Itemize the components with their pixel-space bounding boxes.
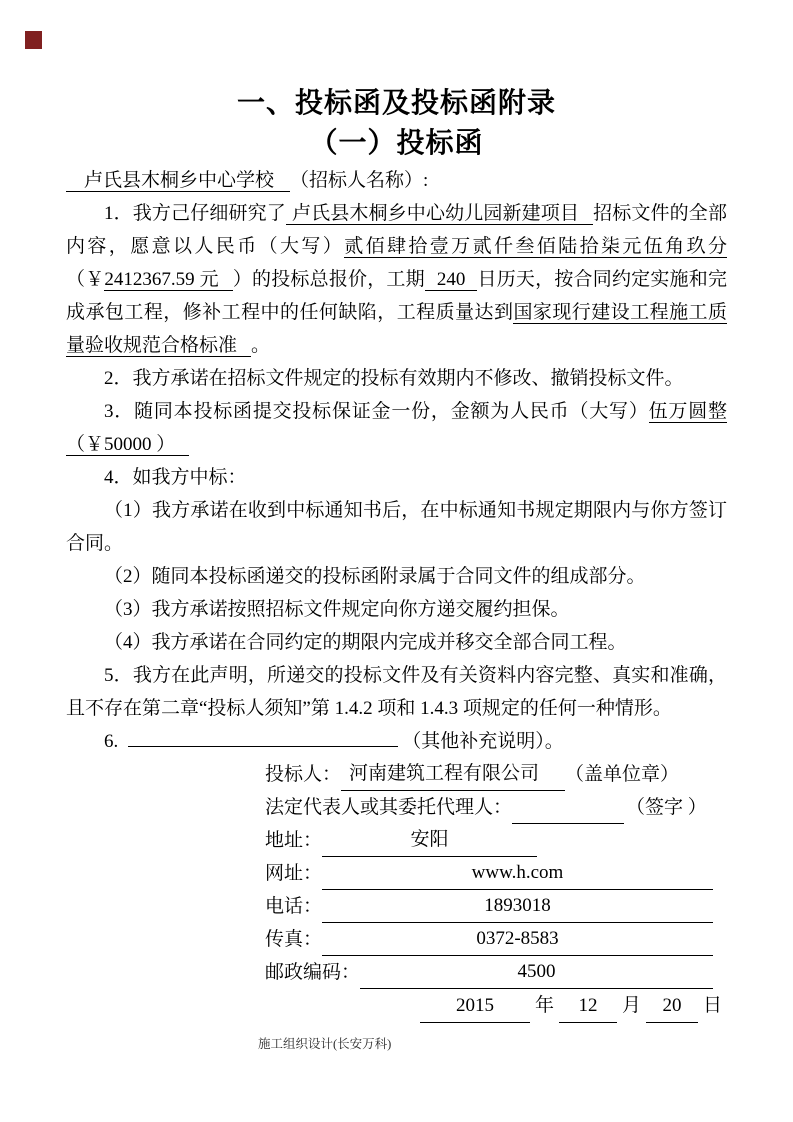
construction-period: 240 bbox=[425, 269, 478, 291]
website-label: 网址： bbox=[265, 857, 322, 890]
date-year: 2015 bbox=[420, 989, 530, 1023]
paragraph-4-item-1: （1）我方承诺在收到中标通知书后，在中标通知书规定期限内与你方签订合同。 bbox=[66, 494, 727, 560]
document-subtitle: （一）投标函 bbox=[66, 124, 727, 164]
signature-block: 投标人：河南建筑工程有限公司（盖单位章） 法定代表人或其委托代理人：（签字 ） … bbox=[265, 758, 727, 1022]
postcode-value: 4500 bbox=[360, 955, 713, 989]
address-label: 地址： bbox=[265, 824, 322, 857]
website-value: www.h.com bbox=[322, 856, 713, 890]
bid-amount-figures: 2412367.59 元 bbox=[104, 269, 232, 291]
fax-value: 0372-8583 bbox=[322, 922, 713, 956]
document-page: 一、投标函及投标函附录 （一）投标函 卢氏县木桐乡中心学校（招标人名称）: 1．… bbox=[0, 0, 793, 1122]
date-row: 2015年12月20日 bbox=[265, 989, 727, 1022]
p6-suffix: （其他补充说明）。 bbox=[402, 731, 564, 752]
bidder-name: 河南建筑工程有限公司 bbox=[341, 757, 565, 791]
postcode-label: 邮政编码： bbox=[265, 956, 360, 989]
p1-mid3: ）的投标总报价，工期 bbox=[233, 269, 425, 290]
phone-label: 电话： bbox=[265, 890, 322, 923]
website-row: 网址：www.h.com bbox=[265, 857, 727, 890]
p1-end: 。 bbox=[251, 335, 270, 356]
bidder-label: 投标人： bbox=[265, 758, 341, 791]
salutation-line: 卢氏县木桐乡中心学校（招标人名称）: bbox=[66, 164, 727, 197]
fax-row: 传真：0372-8583 bbox=[265, 923, 727, 956]
page-footer: 施工组织设计(长安万科) bbox=[258, 1036, 391, 1052]
p3-pre: 3．随同本投标函提交投标保证金一份，金额为人民币（大写） bbox=[104, 401, 649, 422]
paragraph-3: 3．随同本投标函提交投标保证金一份，金额为人民币（大写）伍万圆整（￥50000 … bbox=[66, 395, 727, 461]
paragraph-1: 1．我方己仔细研究了卢氏县木桐乡中心幼儿园新建项目招标文件的全部内容，愿意以人民… bbox=[66, 197, 727, 362]
bid-amount-words: 贰佰肆拾壹万贰仟叁佰陆拾柒元伍角玖分 bbox=[344, 236, 727, 258]
red-mark bbox=[25, 31, 42, 49]
representative-row: 法定代表人或其委托代理人：（签字 ） bbox=[265, 791, 727, 824]
address-row: 地址：安阳 bbox=[265, 824, 727, 857]
bidder-row: 投标人：河南建筑工程有限公司（盖单位章） bbox=[265, 758, 727, 791]
date-month: 12 bbox=[559, 989, 617, 1023]
paragraph-4-head: 4．如我方中标： bbox=[66, 461, 727, 494]
fax-label: 传真： bbox=[265, 923, 322, 956]
date-day: 20 bbox=[646, 989, 698, 1023]
p6-number: 6. bbox=[104, 731, 118, 752]
representative-suffix: （签字 ） bbox=[626, 791, 707, 824]
tenderee-label: （招标人名称）: bbox=[290, 170, 428, 191]
paragraph-2: 2．我方承诺在招标文件规定的投标有效期内不修改、撤销投标文件。 bbox=[66, 362, 727, 395]
phone-row: 电话：1893018 bbox=[265, 890, 727, 923]
date-year-label: 年 bbox=[535, 995, 554, 1016]
document-title: 一、投标函及投标函附录 bbox=[66, 84, 727, 124]
paragraph-4-item-4: （4）我方承诺在合同约定的期限内完成并移交全部合同工程。 bbox=[66, 626, 727, 659]
p1-pre: 1．我方己仔细研究了 bbox=[104, 203, 286, 224]
phone-value: 1893018 bbox=[322, 889, 713, 923]
paragraph-6: 6.（其他补充说明）。 bbox=[66, 725, 727, 758]
date-month-label: 月 bbox=[622, 995, 641, 1016]
address-value: 安阳 bbox=[322, 823, 537, 857]
p1-mid2: （￥ bbox=[66, 269, 104, 290]
representative-label: 法定代表人或其委托代理人： bbox=[265, 791, 512, 824]
paragraph-5: 5．我方在此声明，所递交的投标文件及有关资料内容完整、真实和准确，且不存在第二章… bbox=[66, 659, 727, 725]
date-day-label: 日 bbox=[703, 995, 722, 1016]
tenderee-name: 卢氏县木桐乡中心学校 bbox=[66, 170, 290, 192]
postcode-row: 邮政编码：4500 bbox=[265, 956, 727, 989]
bidder-suffix: （盖单位章） bbox=[565, 758, 679, 791]
paragraph-4-item-3: （3）我方承诺按照招标文件规定向你方递交履约担保。 bbox=[66, 593, 727, 626]
project-name: 卢氏县木桐乡中心幼儿园新建项目 bbox=[286, 203, 593, 225]
paragraph-4-item-2: （2）随同本投标函递交的投标函附录属于合同文件的组成部分。 bbox=[66, 560, 727, 593]
supplement-blank bbox=[128, 746, 398, 747]
